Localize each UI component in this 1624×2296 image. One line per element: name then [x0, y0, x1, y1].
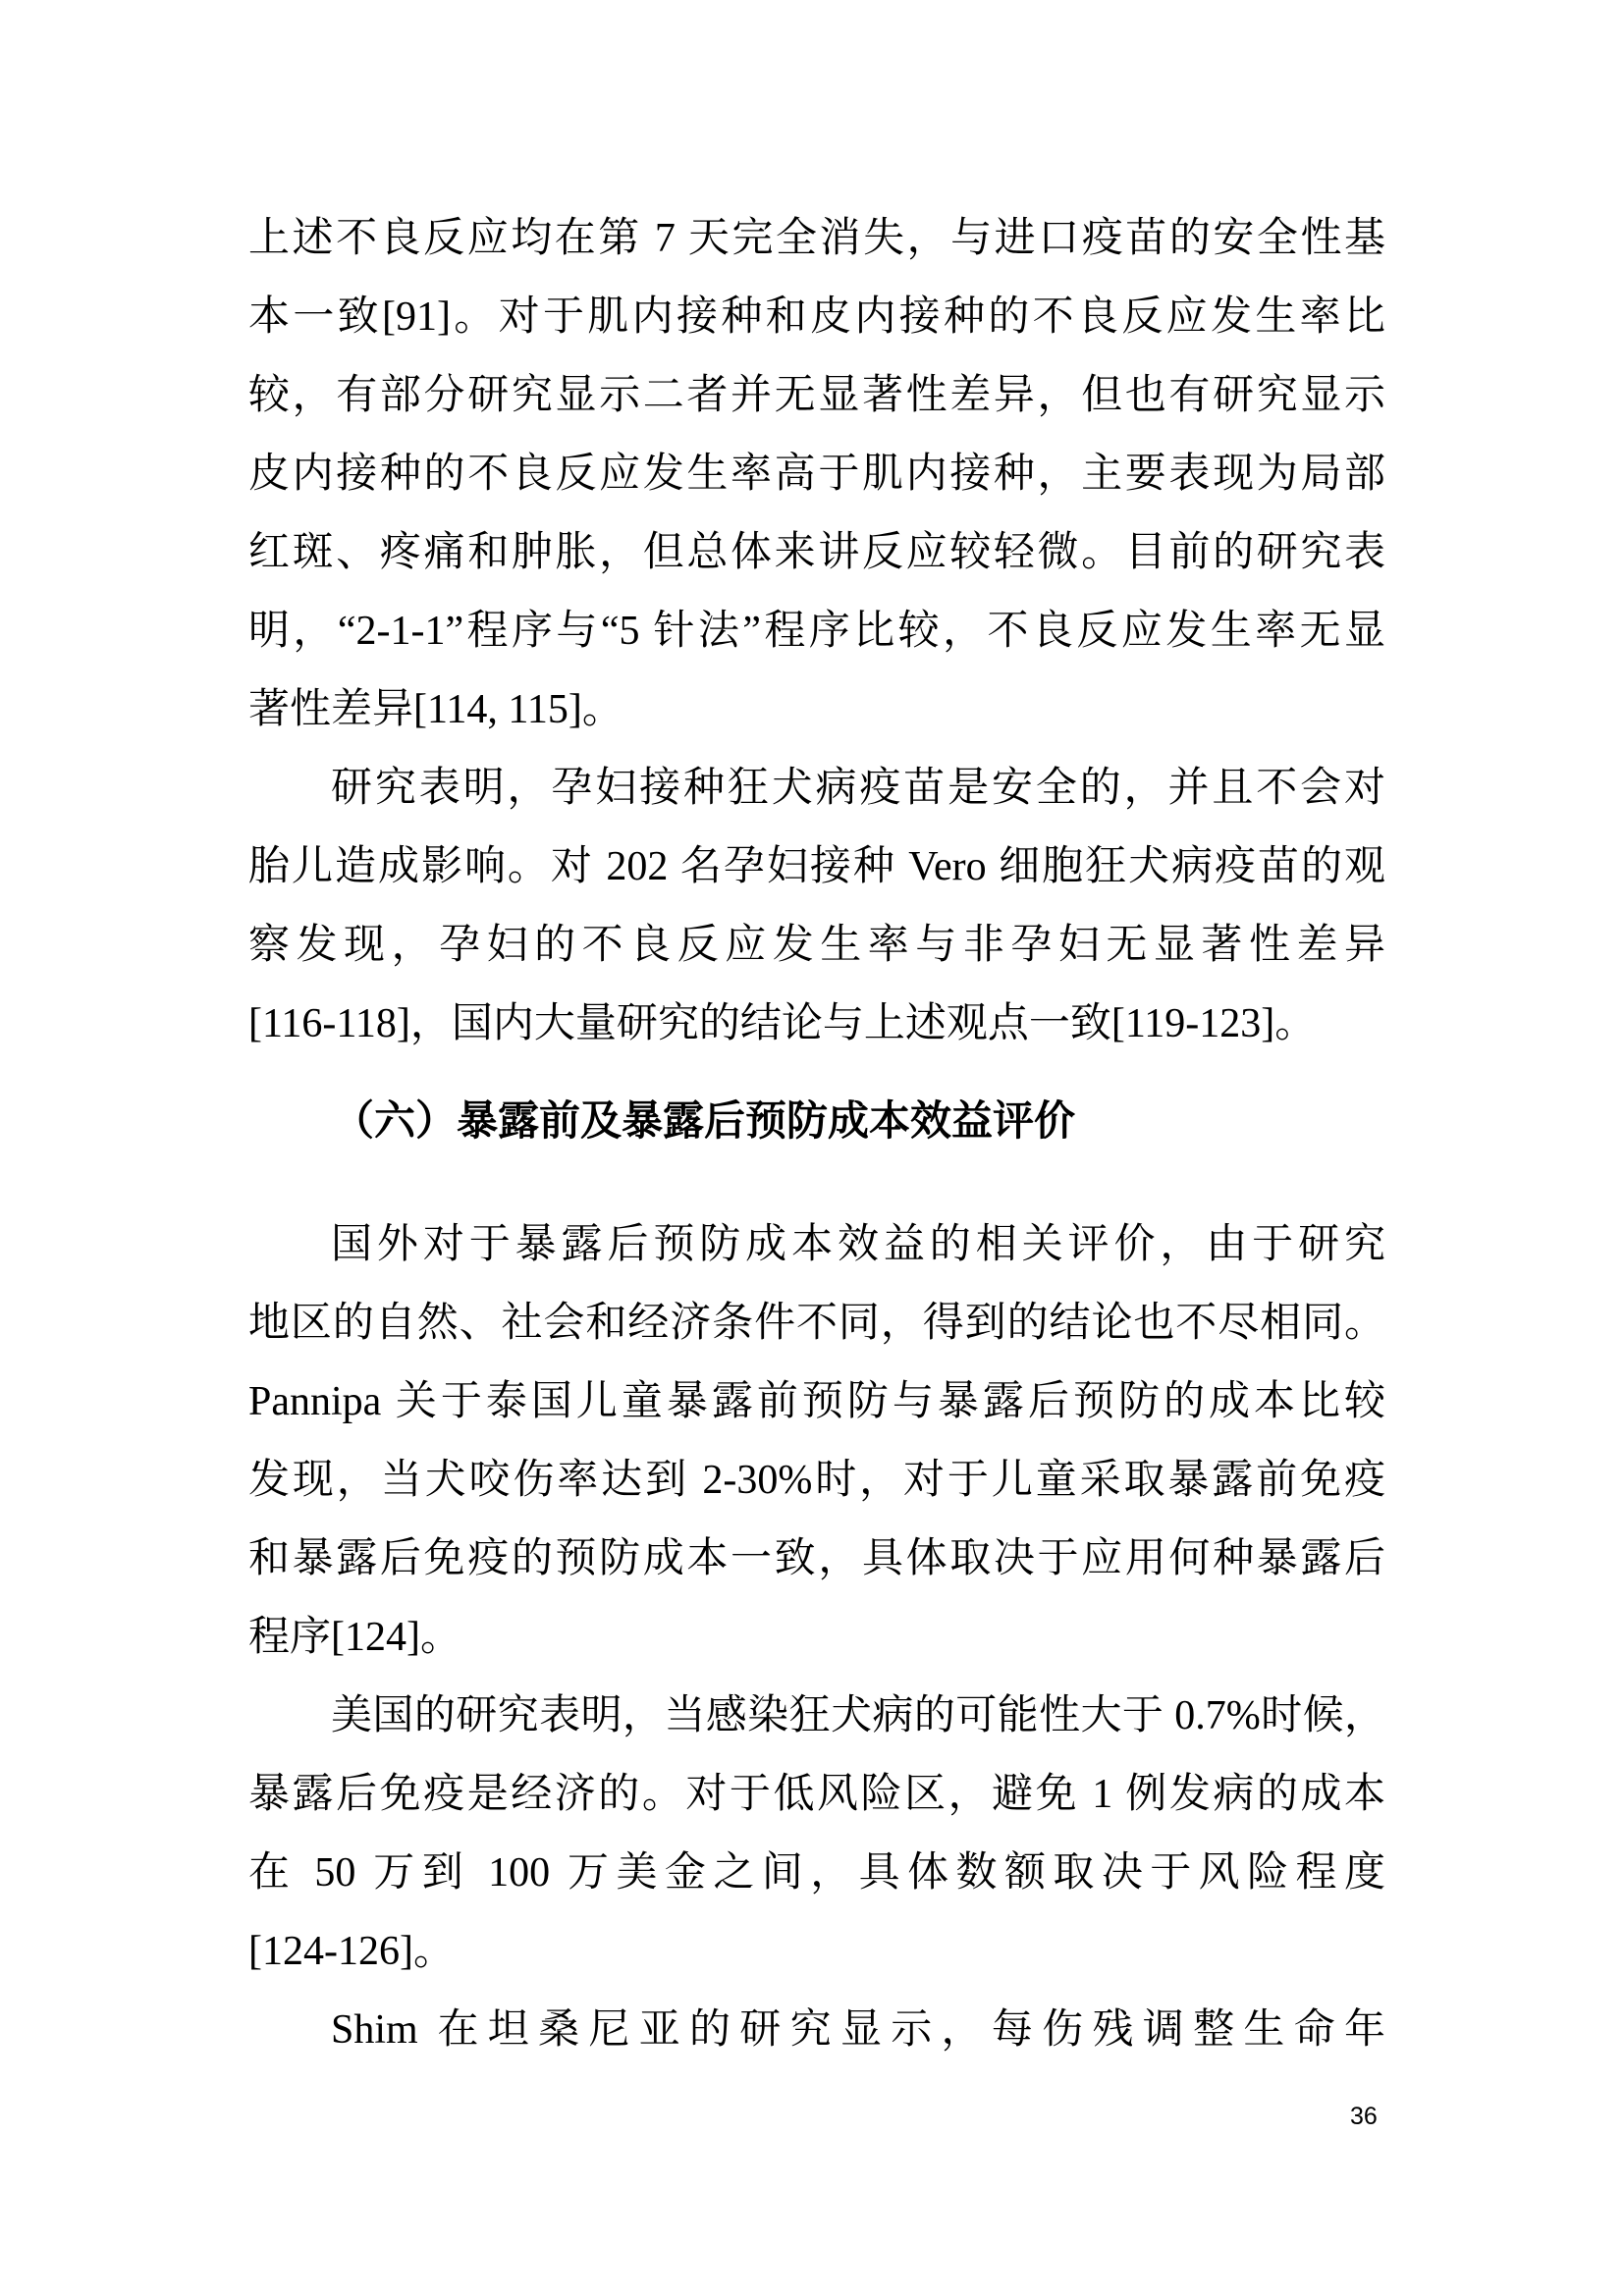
paragraph-line: 明，“2-1-1”程序与“5 针法”程序比较，不良反应发生率无显 — [248, 592, 1385, 670]
paragraph-line: 美国的研究表明，当感染狂犬病的可能性大于 0.7%时候， — [248, 1677, 1385, 1755]
paragraph-line: 在 50 万到 100 万美金之间，具体数额取决于风险程度 — [248, 1834, 1385, 1912]
paragraph-line: 较，有部分研究显示二者并无显著性差异，但也有研究显示 — [248, 356, 1385, 435]
paragraph-line: Shim 在坦桑尼亚的研究显示，每伤残调整生命年 — [248, 1991, 1385, 2069]
paragraph-line: 皮内接种的不良反应发生率高于肌内接种，主要表现为局部 — [248, 435, 1385, 513]
paragraph-line: [124-126]。 — [248, 1912, 1385, 1991]
paragraph-line: 察发现，孕妇的不良反应发生率与非孕妇无显著性差异 — [248, 906, 1385, 985]
paragraph: 国外对于暴露后预防成本效益的相关评价，由于研究 地区的自然、社会和经济条件不同，… — [248, 1205, 1385, 1677]
paragraph-line: 和暴露后免疫的预防成本一致，具体取决于应用何种暴露后 — [248, 1520, 1385, 1598]
paragraph: 美国的研究表明，当感染狂犬病的可能性大于 0.7%时候， 暴露后免疫是经济的。对… — [248, 1677, 1385, 1991]
paragraph: 研究表明，孕妇接种狂犬病疫苗是安全的，并且不会对 胎儿造成影响。对 202 名孕… — [248, 749, 1385, 1063]
paragraph-line: 地区的自然、社会和经济条件不同，得到的结论也不尽相同。 — [248, 1284, 1385, 1362]
paragraph-line: 红斑、疼痛和肿胀，但总体来讲反应较轻微。目前的研究表 — [248, 513, 1385, 592]
paragraph-line: 国外对于暴露后预防成本效益的相关评价，由于研究 — [248, 1205, 1385, 1284]
paragraph-line: Pannipa 关于泰国儿童暴露前预防与暴露后预防的成本比较 — [248, 1362, 1385, 1441]
paragraph-line: 暴露后免疫是经济的。对于低风险区，避免 1 例发病的成本 — [248, 1755, 1385, 1834]
paragraph-line: 本一致[91]。对于肌内接种和皮内接种的不良反应发生率比 — [248, 278, 1385, 356]
paragraph: 上述不良反应均在第 7 天完全消失，与进口疫苗的安全性基 本一致[91]。对于肌… — [248, 199, 1385, 749]
paragraph-line: 胎儿造成影响。对 202 名孕妇接种 Vero 细胞狂犬病疫苗的观 — [248, 828, 1385, 906]
page-number: 36 — [1350, 2100, 1378, 2133]
paragraph-line: 上述不良反应均在第 7 天完全消失，与进口疫苗的安全性基 — [248, 199, 1385, 278]
section-heading: （六）暴露前及暴露后预防成本效益评价 — [248, 1083, 1385, 1161]
paragraph-line: 发现，当犬咬伤率达到 2-30%时，对于儿童采取暴露前免疫 — [248, 1441, 1385, 1520]
paragraph: Shim 在坦桑尼亚的研究显示，每伤残调整生命年 — [248, 1991, 1385, 2069]
text-block: 上述不良反应均在第 7 天完全消失，与进口疫苗的安全性基 本一致[91]。对于肌… — [248, 199, 1385, 2069]
paragraph-line: 程序[124]。 — [248, 1598, 1385, 1677]
document-page: 上述不良反应均在第 7 天完全消失，与进口疫苗的安全性基 本一致[91]。对于肌… — [0, 0, 1624, 2296]
paragraph-line: 著性差异[114, 115]。 — [248, 670, 1385, 749]
paragraph-line: [116-118]，国内大量研究的结论与上述观点一致[119-123]。 — [248, 985, 1385, 1063]
paragraph-line: 研究表明，孕妇接种狂犬病疫苗是安全的，并且不会对 — [248, 749, 1385, 828]
